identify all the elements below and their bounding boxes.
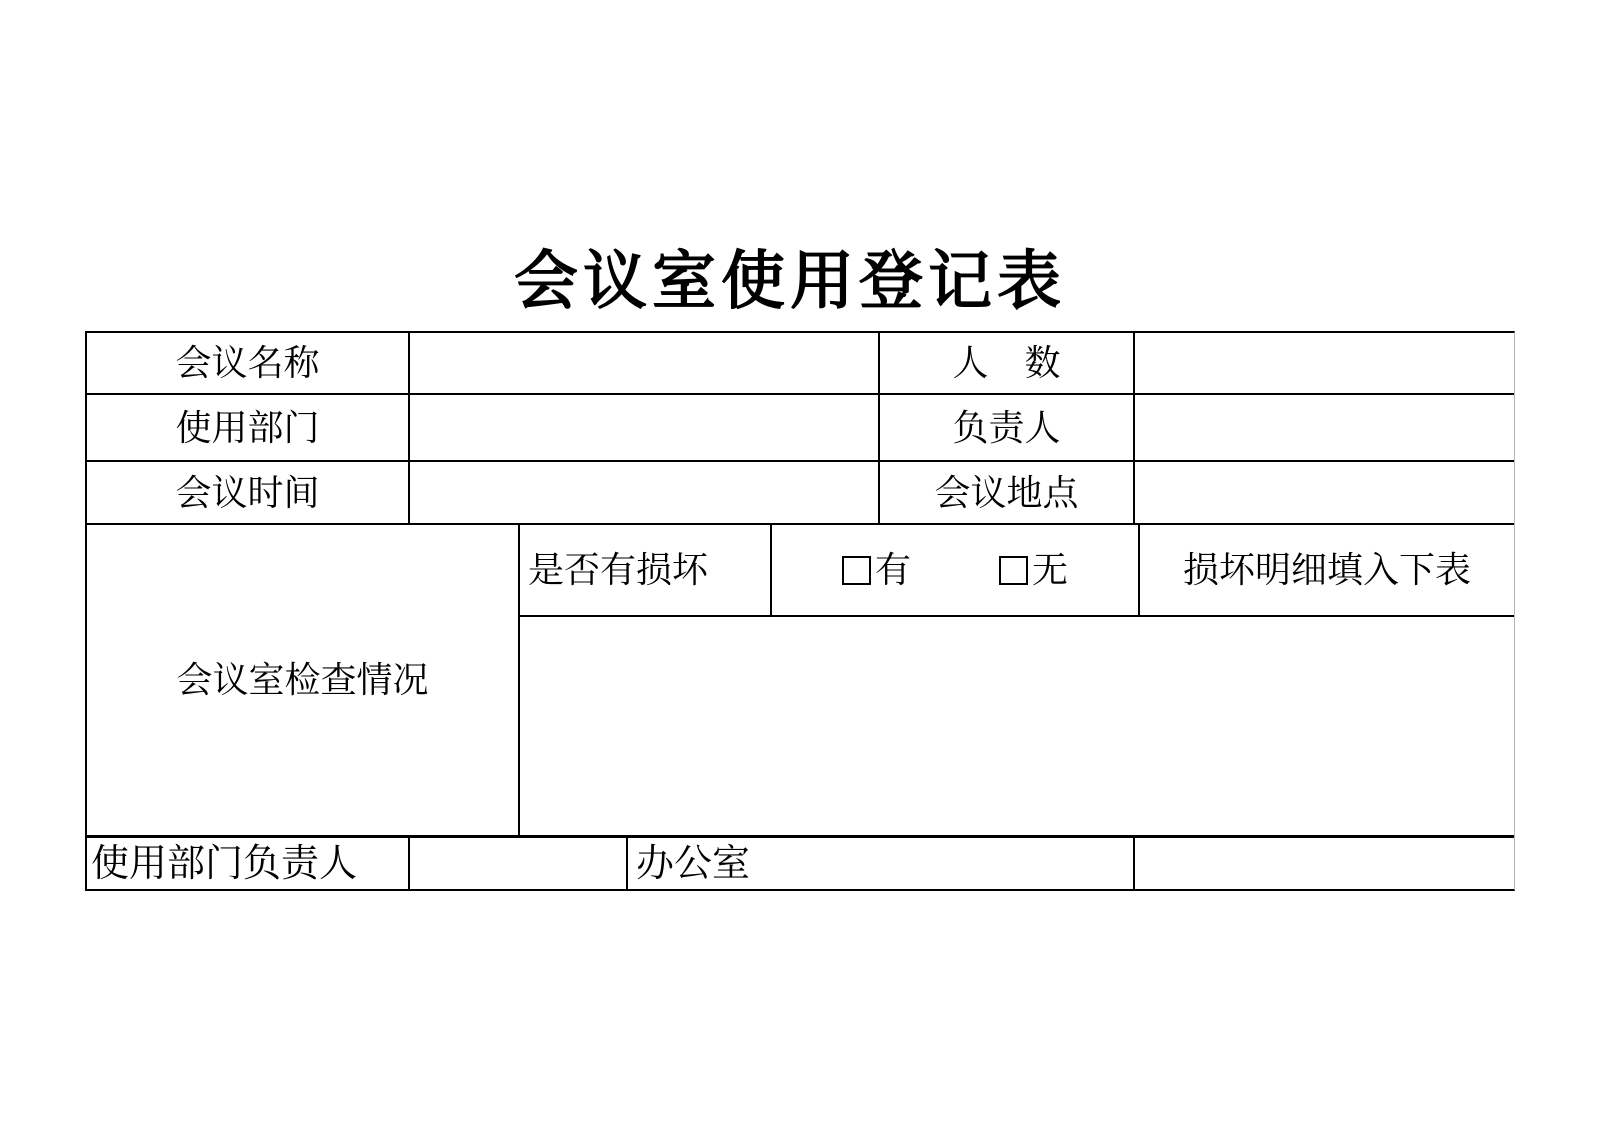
using-department-value-cell[interactable] xyxy=(410,395,880,462)
page-title: 会议室使用登记表 xyxy=(0,230,1580,322)
damage-no-label: 无 xyxy=(1032,552,1068,588)
damage-detail-cell[interactable] xyxy=(520,617,1514,838)
meeting-time-label-cell: 会议时间 xyxy=(87,462,410,525)
damage-checkbox-cell: 有 无 xyxy=(772,525,1140,617)
department-head-label-cell: 使用部门负责人 xyxy=(87,838,410,889)
attendee-count-value-cell[interactable] xyxy=(1135,333,1514,395)
checkbox-unchecked-icon[interactable] xyxy=(842,556,871,585)
office-label-cell: 办公室 xyxy=(628,838,1135,889)
damage-yes-option[interactable]: 有 xyxy=(842,552,911,588)
meeting-name-label-cell: 会议名称 xyxy=(87,333,410,395)
meeting-location-label-cell: 会议地点 xyxy=(880,462,1135,525)
damage-question-label-cell: 是否有损坏 xyxy=(520,525,772,617)
damage-yes-label: 有 xyxy=(875,552,911,588)
meeting-location-value-cell[interactable] xyxy=(1135,462,1514,525)
damage-no-option[interactable]: 无 xyxy=(999,552,1068,588)
meeting-name-value-cell[interactable] xyxy=(410,333,880,395)
damage-note-label-cell: 损坏明细填入下表 xyxy=(1140,525,1514,617)
responsible-person-label-cell: 负责人 xyxy=(880,395,1135,462)
office-value-cell[interactable] xyxy=(1135,838,1514,889)
room-inspection-label-cell: 会议室检查情况 xyxy=(87,525,520,838)
checkbox-unchecked-icon[interactable] xyxy=(999,556,1028,585)
meeting-time-value-cell[interactable] xyxy=(410,462,880,525)
using-department-label-cell: 使用部门 xyxy=(87,395,410,462)
department-head-value-cell[interactable] xyxy=(410,838,628,889)
attendee-count-label-cell: 人 数 xyxy=(880,333,1135,395)
damage-checkbox-group: 有 无 xyxy=(772,552,1138,588)
responsible-person-value-cell[interactable] xyxy=(1135,395,1514,462)
registration-form-table: 会议名称 人 数 使用部门 负责人 会议时间 会议地点 会议室检查情况 是否有损… xyxy=(85,331,1515,891)
